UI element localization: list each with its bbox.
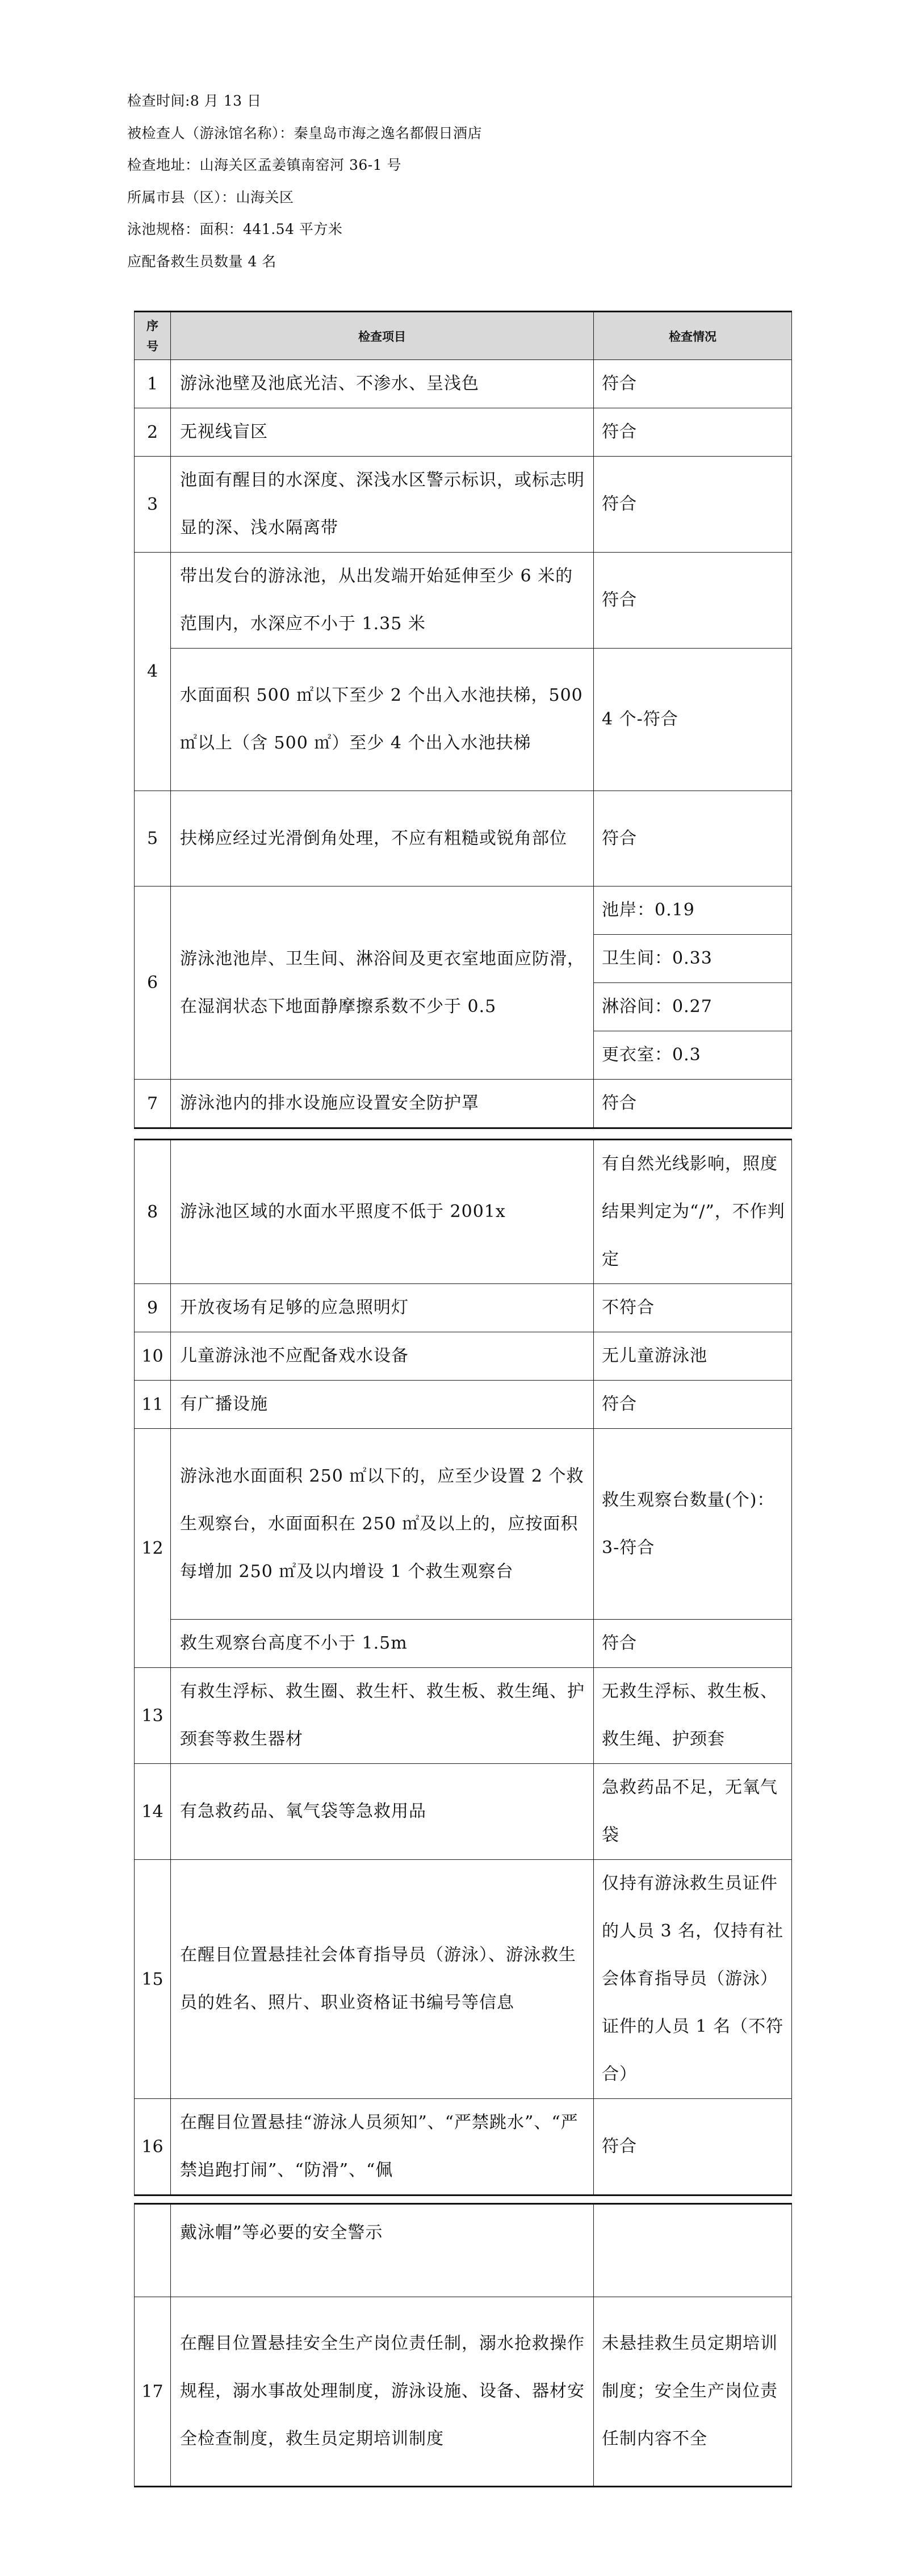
table-row: 10 儿童游泳池不应配备戏水设备 无儿童游泳池 bbox=[135, 1332, 792, 1381]
inspection-table-part-2: 8 游泳池区域的水面水平照度不低于 2001x 有自然光线影响，照度结果判定为“… bbox=[134, 1139, 792, 2196]
row-item: 在醒目位置悬挂社会体育指导员（游泳）、游泳救生员的姓名、照片、职业资格证书编号等… bbox=[171, 1860, 594, 2099]
table-row: 17 在醒目位置悬挂安全生产岗位责任制，溺水抢救操作规程，溺水事故处理制度，游泳… bbox=[135, 2297, 792, 2487]
row-seq: 3 bbox=[135, 457, 171, 553]
row-result: 救生观察台数量(个)：3-符合 bbox=[594, 1429, 792, 1620]
table-row: 1 游泳池壁及池底光洁、不渗水、呈浅色 符合 bbox=[135, 360, 792, 408]
row-result-pool-deck: 池岸：0.19 bbox=[594, 886, 792, 935]
district: 所属市县（区）：山海关区 bbox=[127, 182, 482, 214]
table-row: 2 无视线盲区 符合 bbox=[135, 408, 792, 457]
row-item: 扶梯应经过光滑倒角处理，不应有粗糙或锐角部位 bbox=[171, 791, 594, 886]
row-seq: 6 bbox=[135, 886, 171, 1080]
row-item: 儿童游泳池不应配备戏水设备 bbox=[171, 1332, 594, 1381]
row-seq: 2 bbox=[135, 408, 171, 457]
row-result: 符合 bbox=[594, 457, 792, 553]
table-row: 13 有救生浮标、救生圈、救生杆、救生板、救生绳、护颈套等救生器材 无救生浮标、… bbox=[135, 1668, 792, 1764]
row-result-locker-room: 更衣室：0.3 bbox=[594, 1031, 792, 1080]
row-result: 无儿童游泳池 bbox=[594, 1332, 792, 1381]
header-item: 检查项目 bbox=[171, 312, 594, 360]
table-row: 16 在醒目位置悬挂“游泳人员须知”、“严禁跳水”、“严禁追跑打闹”、“防滑”、… bbox=[135, 2099, 792, 2196]
table-row: 11 有广播设施 符合 bbox=[135, 1381, 792, 1429]
row-item: 有广播设施 bbox=[171, 1381, 594, 1429]
inspection-info: 检查时间:8 月 13 日 被检查人（游泳馆名称）：秦皇岛市海之逸名都假日酒店 … bbox=[127, 85, 482, 278]
inspection-table-part-1: 序 号 检查项目 检查情况 1 游泳池壁及池底光洁、不渗水、呈浅色 符合 2 无… bbox=[134, 311, 792, 1129]
row-result: 未悬挂救生员定期培训制度；安全生产岗位责任制内容不全 bbox=[594, 2297, 792, 2487]
row-item: 戴泳帽”等必要的安全警示 bbox=[171, 2204, 594, 2297]
row-seq: 12 bbox=[135, 1429, 171, 1668]
row-item: 在醒目位置悬挂“游泳人员须知”、“严禁跳水”、“严禁追跑打闹”、“防滑”、“佩 bbox=[171, 2099, 594, 2196]
row-seq: 1 bbox=[135, 360, 171, 408]
row-seq: 15 bbox=[135, 1860, 171, 2099]
inspection-address: 检查地址：山海关区孟姜镇南窑河 36-1 号 bbox=[127, 149, 482, 182]
row-item: 在醒目位置悬挂安全生产岗位责任制，溺水抢救操作规程，溺水事故处理制度，游泳设施、… bbox=[171, 2297, 594, 2487]
row-seq: 16 bbox=[135, 2099, 171, 2196]
pool-spec: 泳池规格：面积：441.54 平方米 bbox=[127, 214, 482, 246]
row-item: 游泳池区域的水面水平照度不低于 2001x bbox=[171, 1140, 594, 1284]
row-item: 有急救药品、氧气袋等急救用品 bbox=[171, 1764, 594, 1860]
row-seq: 5 bbox=[135, 791, 171, 886]
inspected-party: 被检查人（游泳馆名称）：秦皇岛市海之逸名都假日酒店 bbox=[127, 118, 482, 150]
row-result: 符合 bbox=[594, 2099, 792, 2196]
table-row: 8 游泳池区域的水面水平照度不低于 2001x 有自然光线影响，照度结果判定为“… bbox=[135, 1140, 792, 1284]
row-result: 符合 bbox=[594, 1620, 792, 1668]
row-item: 带出发台的游泳池，从出发端开始延伸至少 6 米的范围内，水深应不小于 1.35 … bbox=[171, 553, 594, 649]
table-header-row: 序 号 检查项目 检查情况 bbox=[135, 312, 792, 360]
row-seq: 9 bbox=[135, 1284, 171, 1332]
table-row: 9 开放夜场有足够的应急照明灯 不符合 bbox=[135, 1284, 792, 1332]
row-result: 急救药品不足，无氧气袋 bbox=[594, 1764, 792, 1860]
row-item: 游泳池壁及池底光洁、不渗水、呈浅色 bbox=[171, 360, 594, 408]
table-row: 7 游泳池内的排水设施应设置安全防护罩 符合 bbox=[135, 1080, 792, 1128]
row-seq: 14 bbox=[135, 1764, 171, 1860]
row-item: 无视线盲区 bbox=[171, 408, 594, 457]
row-seq: 11 bbox=[135, 1381, 171, 1429]
header-seq: 序 号 bbox=[135, 312, 171, 360]
row-result: 无救生浮标、救生板、救生绳、护颈套 bbox=[594, 1668, 792, 1764]
row-item: 游泳池水面面积 250 ㎡以下的，应至少设置 2 个救生观察台，水面面积在 25… bbox=[171, 1429, 594, 1620]
row-seq: 8 bbox=[135, 1140, 171, 1284]
row-result-restroom: 卫生间：0.33 bbox=[594, 935, 792, 983]
row-item: 池面有醒目的水深度、深浅水区警示标识，或标志明显的深、浅水隔离带 bbox=[171, 457, 594, 553]
row-result: 符合 bbox=[594, 360, 792, 408]
row-item: 游泳池池岸、卫生间、淋浴间及更衣室地面应防滑，在湿润状态下地面静摩擦系数不少于 … bbox=[171, 886, 594, 1080]
table-row: 12 游泳池水面面积 250 ㎡以下的，应至少设置 2 个救生观察台，水面面积在… bbox=[135, 1429, 792, 1620]
row-seq: 13 bbox=[135, 1668, 171, 1764]
row-result: 符合 bbox=[594, 1080, 792, 1128]
inspection-time: 检查时间:8 月 13 日 bbox=[127, 85, 482, 118]
table-row: 14 有急救药品、氧气袋等急救用品 急救药品不足，无氧气袋 bbox=[135, 1764, 792, 1860]
row-result: 仅持有游泳救生员证件的人员 3 名，仅持有社会体育指导员（游泳）证件的人员 1 … bbox=[594, 1860, 792, 2099]
table-subrow: 救生观察台高度不小于 1.5m 符合 bbox=[135, 1620, 792, 1668]
table-row: 3 池面有醒目的水深度、深浅水区警示标识，或标志明显的深、浅水隔离带 符合 bbox=[135, 457, 792, 553]
row-result: 符合 bbox=[594, 553, 792, 649]
table-row: 4 带出发台的游泳池，从出发端开始延伸至少 6 米的范围内，水深应不小于 1.3… bbox=[135, 553, 792, 649]
table-row: 6 游泳池池岸、卫生间、淋浴间及更衣室地面应防滑，在湿润状态下地面静摩擦系数不少… bbox=[135, 886, 792, 935]
row-result: 符合 bbox=[594, 408, 792, 457]
row-seq: 4 bbox=[135, 553, 171, 791]
row-result: 符合 bbox=[594, 1381, 792, 1429]
row-seq: 10 bbox=[135, 1332, 171, 1381]
row-item: 游泳池内的排水设施应设置安全防护罩 bbox=[171, 1080, 594, 1128]
row-result: 4 个-符合 bbox=[594, 649, 792, 791]
table-row-continuation: 戴泳帽”等必要的安全警示 bbox=[135, 2204, 792, 2297]
header-result: 检查情况 bbox=[594, 312, 792, 360]
row-result-shower: 淋浴间：0.27 bbox=[594, 983, 792, 1031]
row-item: 有救生浮标、救生圈、救生杆、救生板、救生绳、护颈套等救生器材 bbox=[171, 1668, 594, 1764]
row-item: 救生观察台高度不小于 1.5m bbox=[171, 1620, 594, 1668]
row-seq: 17 bbox=[135, 2297, 171, 2487]
table-row: 15 在醒目位置悬挂社会体育指导员（游泳）、游泳救生员的姓名、照片、职业资格证书… bbox=[135, 1860, 792, 2099]
row-result: 符合 bbox=[594, 791, 792, 886]
row-result: 不符合 bbox=[594, 1284, 792, 1332]
row-result: 有自然光线影响，照度结果判定为“/”，不作判定 bbox=[594, 1140, 792, 1284]
inspection-table-part-3: 戴泳帽”等必要的安全警示 17 在醒目位置悬挂安全生产岗位责任制，溺水抢救操作规… bbox=[134, 2203, 792, 2487]
required-lifeguards: 应配备救生员数量 4 名 bbox=[127, 246, 482, 278]
table-row: 5 扶梯应经过光滑倒角处理，不应有粗糙或锐角部位 符合 bbox=[135, 791, 792, 886]
table-subrow: 水面面积 500 ㎡以下至少 2 个出入水池扶梯，500 ㎡以上（含 500 ㎡… bbox=[135, 649, 792, 791]
row-item: 开放夜场有足够的应急照明灯 bbox=[171, 1284, 594, 1332]
row-seq bbox=[135, 2204, 171, 2297]
row-seq: 7 bbox=[135, 1080, 171, 1128]
row-result bbox=[594, 2204, 792, 2297]
row-item: 水面面积 500 ㎡以下至少 2 个出入水池扶梯，500 ㎡以上（含 500 ㎡… bbox=[171, 649, 594, 791]
